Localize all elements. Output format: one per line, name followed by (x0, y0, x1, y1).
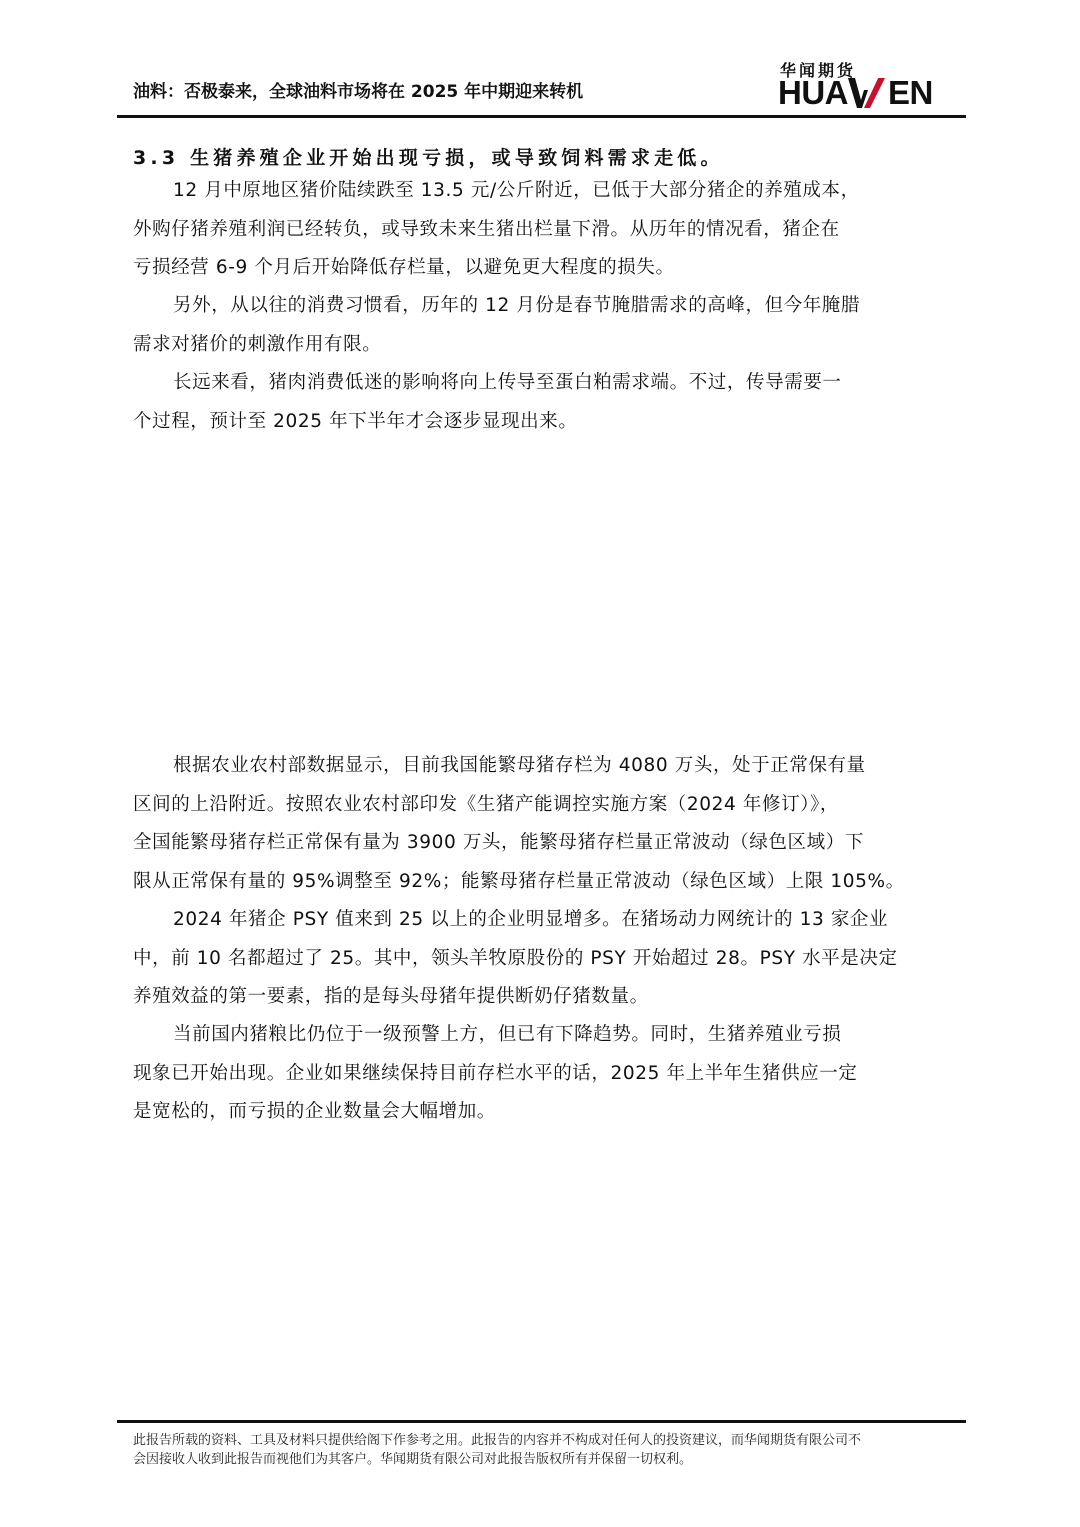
footer-divider (117, 1420, 966, 1423)
paragraph-line: 现象已开始出现。企业如果继续保持目前存栏水平的话，2025 年上半年生猪供应一定 (133, 1055, 947, 1094)
paragraph-line: 根据农业农村部数据显示，目前我国能繁母猪存栏为 4080 万头，处于正常保有量 (133, 747, 947, 786)
paragraph-long-term: 长远来看，猪肉消费低迷的影响将向上传导至蛋白粕需求端。不过，传导需要一 个过程，… (133, 364, 947, 441)
paragraph-line: 是宽松的，而亏损的企业数量会大幅增加。 (133, 1093, 947, 1132)
paragraph-line: 亏损经营 6-9 个月后开始降低存栏量，以避免更大程度的损失。 (133, 249, 947, 288)
paragraph-line: 当前国内猪粮比仍位于一级预警上方，但已有下降趋势。同时，生猪养殖业亏损 (133, 1016, 947, 1055)
logo-english-text: HUAEN (778, 76, 933, 110)
paragraph-line: 个过程，预计至 2025 年下半年才会逐步显现出来。 (133, 403, 947, 442)
paragraph-pig-price: 12 月中原地区猪价陆续跌至 13.5 元/公斤附近，已低于大部分猪企的养殖成本… (133, 172, 947, 288)
disclaimer-line: 此报告所载的资料、工具及材料只提供给阁下作参考之用。此报告的内容并不构成对任何人… (133, 1431, 953, 1450)
report-title: 油料：否极泰来，全球油料市场将在 2025 年中期迎来转机 (133, 77, 583, 102)
paragraph-line: 外购仔猪养殖利润已经转负，或导致未来生猪出栏量下滑。从历年的情况看，猪企在 (133, 211, 947, 250)
paragraph-sow-inventory: 根据农业农村部数据显示，目前我国能繁母猪存栏为 4080 万头，处于正常保有量 … (133, 747, 947, 901)
huawen-logo: 华闻期货 HUAEN (776, 58, 951, 110)
paragraph-line: 养殖效益的第一要素，指的是每头母猪年提供断奶仔猪数量。 (133, 978, 947, 1017)
logo-en-right: EN (888, 74, 933, 111)
paragraph-psy: 2024 年猪企 PSY 值来到 25 以上的企业明显增多。在猪场动力网统计的 … (133, 901, 947, 1017)
paragraph-line: 区间的上沿附近。按照农业农村部印发《生猪产能调控实施方案（2024 年修订）》， (133, 786, 947, 825)
paragraph-line: 另外，从以往的消费习惯看，历年的 12 月份是春节腌腊需求的高峰，但今年腌腊 (133, 287, 947, 326)
logo-en-left: HUA (778, 74, 848, 111)
footer-disclaimer: 此报告所载的资料、工具及材料只提供给阁下作参考之用。此报告的内容并不构成对任何人… (133, 1431, 953, 1469)
section-heading: 3.3 生猪养殖企业开始出现亏损，或导致饲料需求走低。 (133, 143, 724, 170)
paragraph-line: 限从正常保有量的 95%调整至 92%；能繁母猪存栏量正常波动（绿色区域）上限 … (133, 863, 947, 902)
paragraph-line: 中，前 10 名都超过了 25。其中，领头羊牧原股份的 PSY 开始超过 28。… (133, 940, 947, 979)
paragraph-line: 12 月中原地区猪价陆续跌至 13.5 元/公斤附近，已低于大部分猪企的养殖成本… (133, 172, 947, 211)
paragraph-consumption-habit: 另外，从以往的消费习惯看，历年的 12 月份是春节腌腊需求的高峰，但今年腌腊 需… (133, 287, 947, 364)
disclaimer-line: 会因接收人收到此报告而视他们为其客户。华闻期货有限公司对此报告版权所有并保留一切… (133, 1450, 953, 1469)
paragraph-line: 需求对猪价的刺激作用有限。 (133, 326, 947, 365)
paragraph-line: 2024 年猪企 PSY 值来到 25 以上的企业明显增多。在猪场动力网统计的 … (133, 901, 947, 940)
paragraph-line: 全国能繁母猪存栏正常保有量为 3900 万头，能繁母猪存栏量正常波动（绿色区域）… (133, 824, 947, 863)
huawen-w-logo-icon (848, 78, 888, 108)
paragraph-pig-grain-ratio: 当前国内猪粮比仍位于一级预警上方，但已有下降趋势。同时，生猪养殖业亏损 现象已开… (133, 1016, 947, 1132)
paragraph-line: 长远来看，猪肉消费低迷的影响将向上传导至蛋白粕需求端。不过，传导需要一 (133, 364, 947, 403)
header-divider (117, 115, 966, 118)
